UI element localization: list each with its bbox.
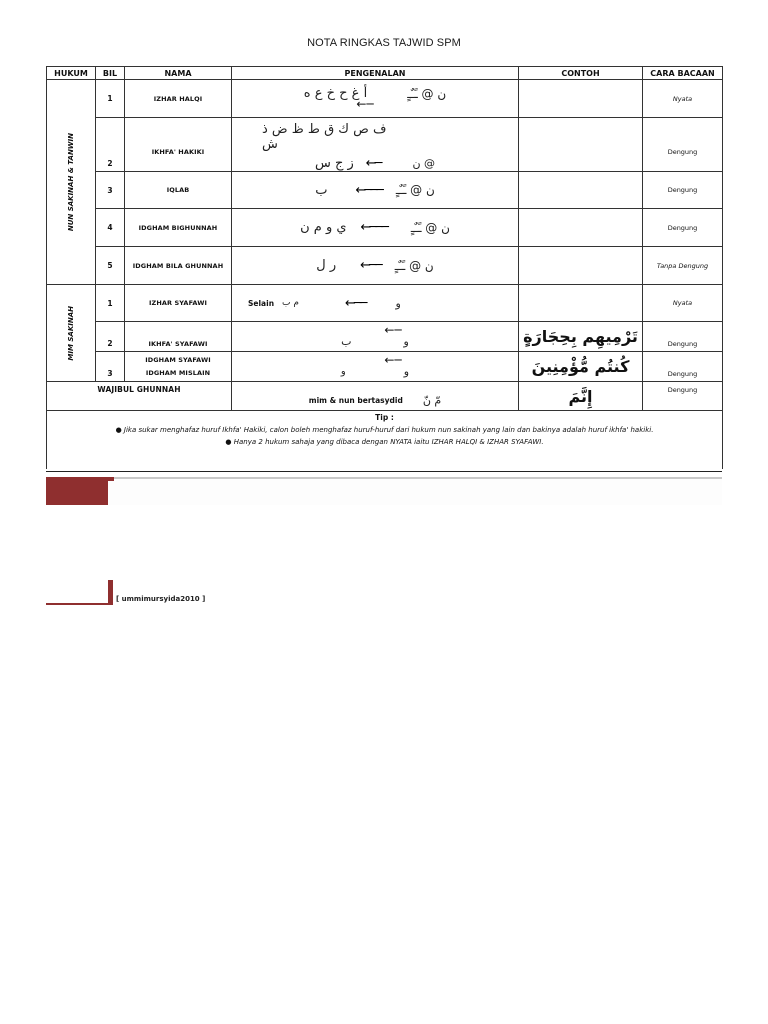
nama-cell: IZHAR HALQI: [125, 80, 232, 118]
nama-cell: IZHAR SYAFAWI: [125, 285, 232, 322]
table-row-wajibul-ghunnah: WAJIBUL GHUNNAH mim & nun bertasydid مّ …: [47, 382, 723, 411]
hukum-label: NUN SAKINAH & TANWIN: [67, 133, 75, 231]
contoh-cell: [519, 247, 643, 285]
pengenalan-source: و: [404, 335, 409, 349]
contoh-cell: إِنَّمَ: [519, 382, 643, 411]
pengenalan-source: ن @ ـًـٌـٍ: [407, 87, 446, 101]
hukum-cell-nun-sakinah: NUN SAKINAH & TANWIN: [47, 80, 96, 285]
cara-bacaan-cell: Dengung: [643, 322, 723, 352]
pengenalan-target: ب: [315, 183, 327, 198]
bil-cell: 4: [96, 209, 125, 247]
arrow-left-icon: ←─: [366, 156, 381, 171]
pengenalan-prefix: Selain: [248, 299, 274, 308]
footer-accent-line: [46, 603, 113, 605]
divider-line: [46, 471, 722, 472]
header-bil: BIL: [96, 67, 125, 80]
cara-bacaan-cell: Tanpa Dengung: [643, 247, 723, 285]
table-row: 3 IQLAB ب ←─── ن @ ـًـٌـٍ Dengung: [47, 172, 723, 209]
nama-cell: IKHFA' SYAFAWI: [125, 322, 232, 352]
footer-accent-bar: [108, 580, 113, 603]
pengenalan-cell: mim & nun bertasydid مّ نّ: [232, 382, 519, 411]
pengenalan-target: و: [341, 365, 346, 379]
contoh-cell: [519, 172, 643, 209]
bil-cell: 2: [96, 118, 125, 172]
arrow-left-icon: ←─: [268, 355, 518, 365]
arrow-left-icon: ←───: [355, 183, 381, 198]
bil-cell: 2: [96, 322, 125, 352]
document-title: NOTA RINGKAS TAJWID SPM: [0, 37, 768, 49]
header-pengenalan: PENGENALAN: [232, 67, 519, 80]
cara-bacaan-cell: Dengung: [643, 209, 723, 247]
pengenalan-source: ن @: [412, 157, 435, 170]
pengenalan-source: و: [395, 297, 400, 310]
table-header-row: HUKUM BIL NAMA PENGENALAN CONTOH CARA BA…: [47, 67, 723, 80]
wajibul-label: WAJIBUL GHUNNAH: [47, 382, 232, 411]
pengenalan-target: ر ل: [316, 258, 336, 273]
arrow-left-icon: ←──: [345, 296, 366, 311]
table-row: 2 IKHFA' HAKIKI ف ص ك ق ط ظ ض ذ ش ز ج س …: [47, 118, 723, 172]
pengenalan-cell: ب ←─── ن @ ـًـٌـٍ: [232, 172, 519, 209]
bil-cell: 1: [96, 80, 125, 118]
header-contoh: CONTOH: [519, 67, 643, 80]
nama-line2: IDGHAM MISLAIN: [125, 369, 231, 377]
tip-line-1: ● Jika sukar menghafaz huruf Ikhfa' Haki…: [51, 424, 718, 436]
tip-row: Tip : ● Jika sukar menghafaz huruf Ikhfa…: [47, 411, 723, 470]
pengenalan-cell: ف ص ك ق ط ظ ض ذ ش ز ج س ←─ ن @: [232, 118, 519, 172]
tip-line-2: ● Hanya 2 hukum sahaja yang dibaca denga…: [51, 436, 718, 448]
header-hukum: HUKUM: [47, 67, 96, 80]
pengenalan-target: ي و م ن: [300, 220, 346, 235]
table-row: 3 IDGHAM SYAFAWI IDGHAM MISLAIN ←─ و و ك…: [47, 352, 723, 382]
nama-cell: IDGHAM SYAFAWI IDGHAM MISLAIN: [125, 352, 232, 382]
footer-credit: [ ummimursyida2010 ]: [116, 595, 205, 603]
pengenalan-cell: ←─ و و: [232, 352, 519, 382]
pengenalan-target: ب: [341, 335, 351, 349]
pengenalan-target: م ب: [282, 298, 299, 308]
hukum-label: MIM SAKINAH: [67, 306, 75, 361]
nama-cell: IKHFA' HAKIKI: [125, 118, 232, 172]
bil-cell: 3: [96, 172, 125, 209]
cara-bacaan-cell: Dengung: [643, 172, 723, 209]
header-nama: NAMA: [125, 67, 232, 80]
pengenalan-cell: ←─ ب و: [232, 322, 519, 352]
tip-cell: Tip : ● Jika sukar menghafaz huruf Ikhfa…: [47, 411, 723, 470]
nama-cell: IQLAB: [125, 172, 232, 209]
contoh-cell: [519, 118, 643, 172]
arrow-left-icon: ←──: [360, 258, 381, 273]
wajibul-desc: mim & nun bertasydid: [309, 396, 403, 405]
cara-bacaan-cell: Dengung: [643, 352, 723, 382]
tip-title: Tip :: [51, 413, 718, 422]
pengenalan-source: و: [404, 365, 409, 379]
nama-line1: IDGHAM SYAFAWI: [125, 356, 231, 364]
table-row: 4 IDGHAM BIGHUNNAH ي و م ن ←─── ن @ ـًـٌ…: [47, 209, 723, 247]
pengenalan-cell: ر ل ←── ن @ ـًـٌـٍ: [232, 247, 519, 285]
table-row: NUN SAKINAH & TANWIN 1 IZHAR HALQI أ غ ح…: [47, 80, 723, 118]
pengenalan-line1: ف ص ك ق ط ظ ض ذ ش: [232, 122, 392, 152]
pengenalan-source: ن @ ـًـٌـٍ: [395, 259, 434, 273]
bil-cell: 5: [96, 247, 125, 285]
pengenalan-cell: أ غ ح خ ع ه ن @ ـًـٌـٍ ←─: [232, 80, 519, 118]
banner-strip: [108, 479, 722, 505]
bil-cell: 3: [96, 352, 125, 382]
decorative-red-notch: [106, 477, 114, 481]
pengenalan-cell: Selain م ب ←── و: [232, 285, 519, 322]
wajibul-arabic: مّ نّ: [423, 394, 441, 407]
pengenalan-source: ن @ ـًـٌـٍ: [396, 183, 435, 197]
contoh-cell: [519, 80, 643, 118]
table-row: 2 IKHFA' SYAFAWI ←─ ب و تَرْمِيهِم بِحِج…: [47, 322, 723, 352]
cara-bacaan-cell: Dengung: [643, 382, 723, 411]
contoh-cell: كُنتُم مُّؤْمِنِينَ: [519, 352, 643, 382]
pengenalan-source: ن @ ـًـٌـٍ: [411, 221, 450, 235]
arrow-left-icon: ←─: [268, 325, 518, 335]
contoh-cell: [519, 209, 643, 247]
header-cara-bacaan: CARA BACAAN: [643, 67, 723, 80]
hukum-cell-mim-sakinah: MIM SAKINAH: [47, 285, 96, 382]
cara-bacaan-cell: Dengung: [643, 118, 723, 172]
bil-cell: 1: [96, 285, 125, 322]
nama-cell: IDGHAM BILA GHUNNAH: [125, 247, 232, 285]
nama-cell: IDGHAM BIGHUNNAH: [125, 209, 232, 247]
cara-bacaan-cell: Nyata: [643, 80, 723, 118]
decorative-red-block: [46, 477, 108, 505]
pengenalan-cell: ي و م ن ←─── ن @ ـًـٌـٍ: [232, 209, 519, 247]
contoh-cell: تَرْمِيهِم بِحِجَارَةٍ: [519, 322, 643, 352]
tajwid-table: HUKUM BIL NAMA PENGENALAN CONTOH CARA BA…: [46, 66, 723, 469]
table-row: 5 IDGHAM BILA GHUNNAH ر ل ←── ن @ ـًـٌـٍ…: [47, 247, 723, 285]
pengenalan-target: ز ج س: [315, 156, 354, 171]
arrow-left-icon: ←───: [361, 220, 387, 235]
arrow-left-icon: ←─: [232, 97, 518, 111]
cara-bacaan-cell: Nyata: [643, 285, 723, 322]
contoh-cell: [519, 285, 643, 322]
table-row: MIM SAKINAH 1 IZHAR SYAFAWI Selain م ب ←…: [47, 285, 723, 322]
